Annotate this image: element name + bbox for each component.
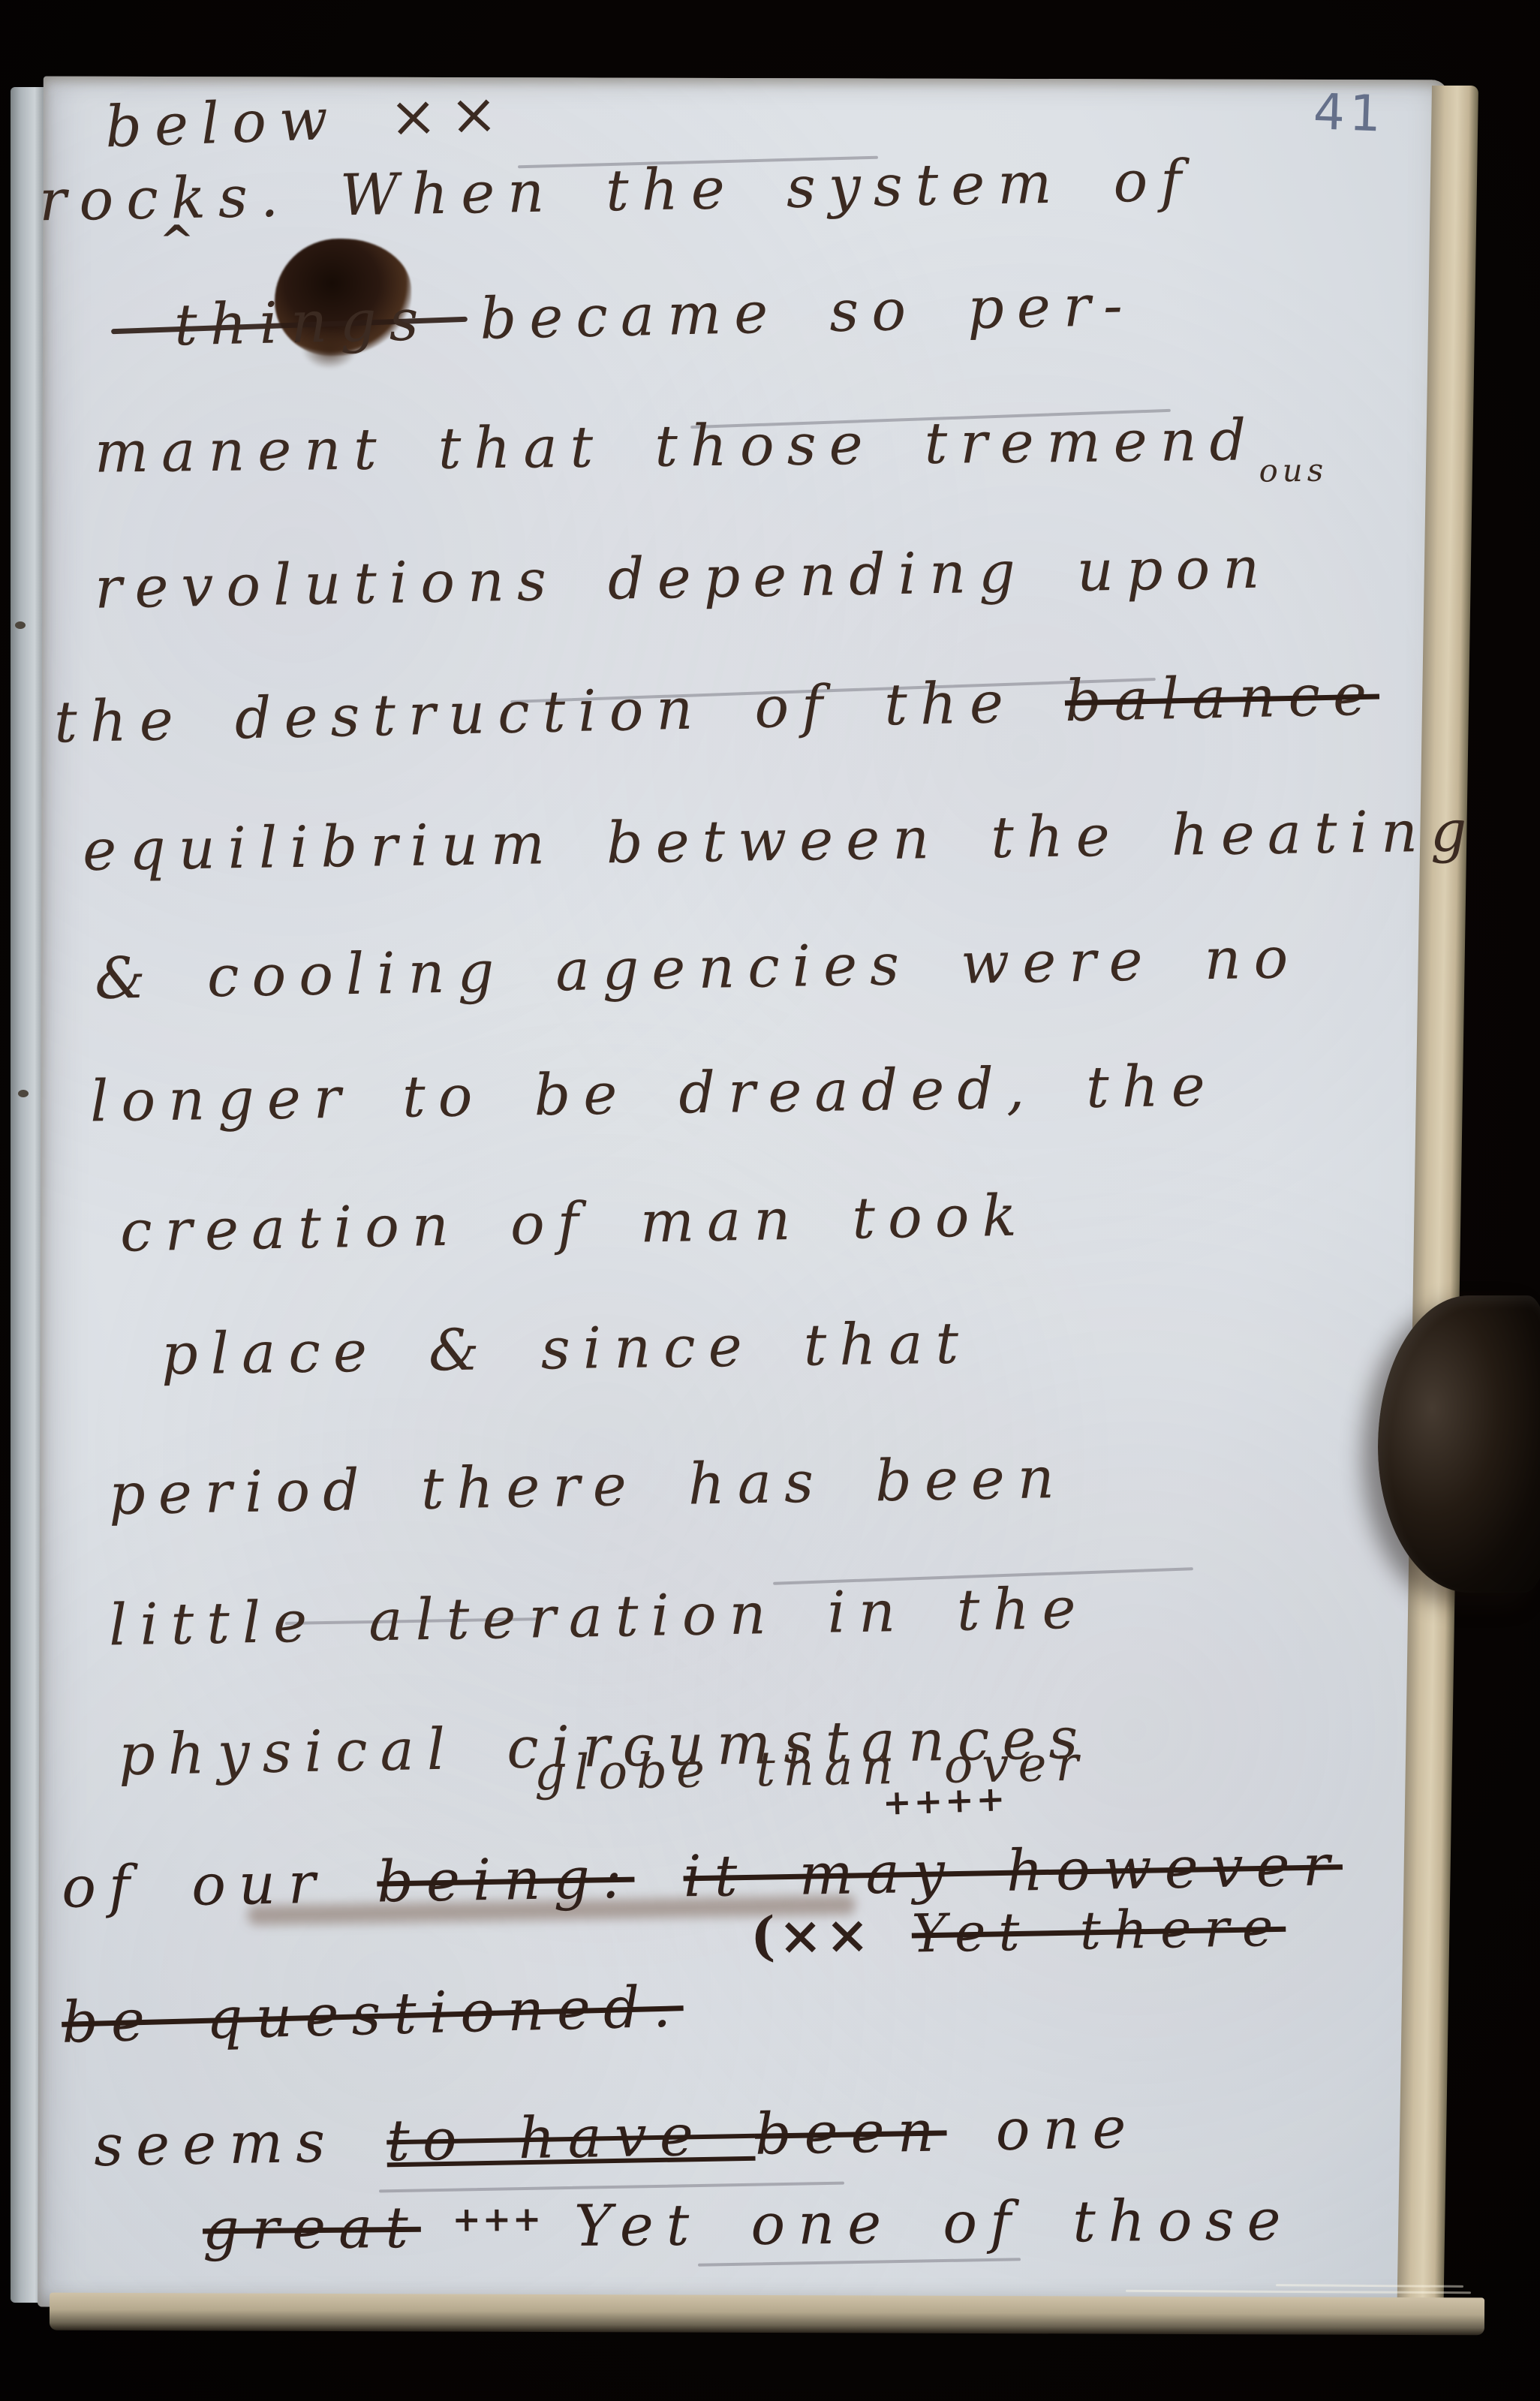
manuscript-text xyxy=(634,1843,684,1910)
manuscript-text-superscript-ous: ous xyxy=(1259,452,1328,489)
manuscript-line-longer: longer to be dreaded, the xyxy=(89,1055,1218,1133)
manuscript-line-great-yet: great +++ Yet one of those xyxy=(203,2189,1294,2261)
binding-stitch-hole xyxy=(15,621,26,629)
manuscript-photo: 41 below ×× ^ rocks. When the system of … xyxy=(0,0,1540,2401)
manuscript-insertion-yet-there: (×× Yet there xyxy=(750,1898,1286,1966)
manuscript-line-place: place & since that xyxy=(161,1311,971,1386)
manuscript-line-manent: manent that those tremendous xyxy=(94,408,1328,500)
insertion-plus-marks: ++++ xyxy=(882,1778,1008,1823)
manuscript-line-creation: creation of man took xyxy=(119,1184,1030,1262)
manuscript-text: of our xyxy=(61,1849,377,1921)
manuscript-text: seems xyxy=(93,2107,387,2179)
insertion-triple-plus: +++ xyxy=(421,2198,575,2240)
binding-stitch-hole xyxy=(18,1090,29,1097)
page-number: 41 xyxy=(1313,83,1387,143)
struck-phrase-yet-there: Yet there xyxy=(911,1897,1286,1965)
manuscript-text: Yet one of those xyxy=(574,2186,1294,2259)
struck-word-being: being: xyxy=(377,1844,636,1915)
manuscript-text: below ×× xyxy=(104,80,512,161)
manuscript-text: one xyxy=(946,2094,1139,2164)
struck-word-balance: balance xyxy=(1064,661,1380,735)
insertion-paren-marks: (×× xyxy=(750,1902,912,1967)
manuscript-line-insertion-below: below ×× xyxy=(104,82,512,158)
page-block-bottom-edge xyxy=(50,2293,1484,2336)
manuscript-text: manent that those tremend xyxy=(94,406,1259,485)
struck-word-great: great xyxy=(203,2194,422,2263)
manuscript-text: place & since that xyxy=(161,1309,971,1387)
struck-phrase-to-have: to have xyxy=(386,2101,755,2174)
struck-word-been: been xyxy=(754,2097,947,2167)
